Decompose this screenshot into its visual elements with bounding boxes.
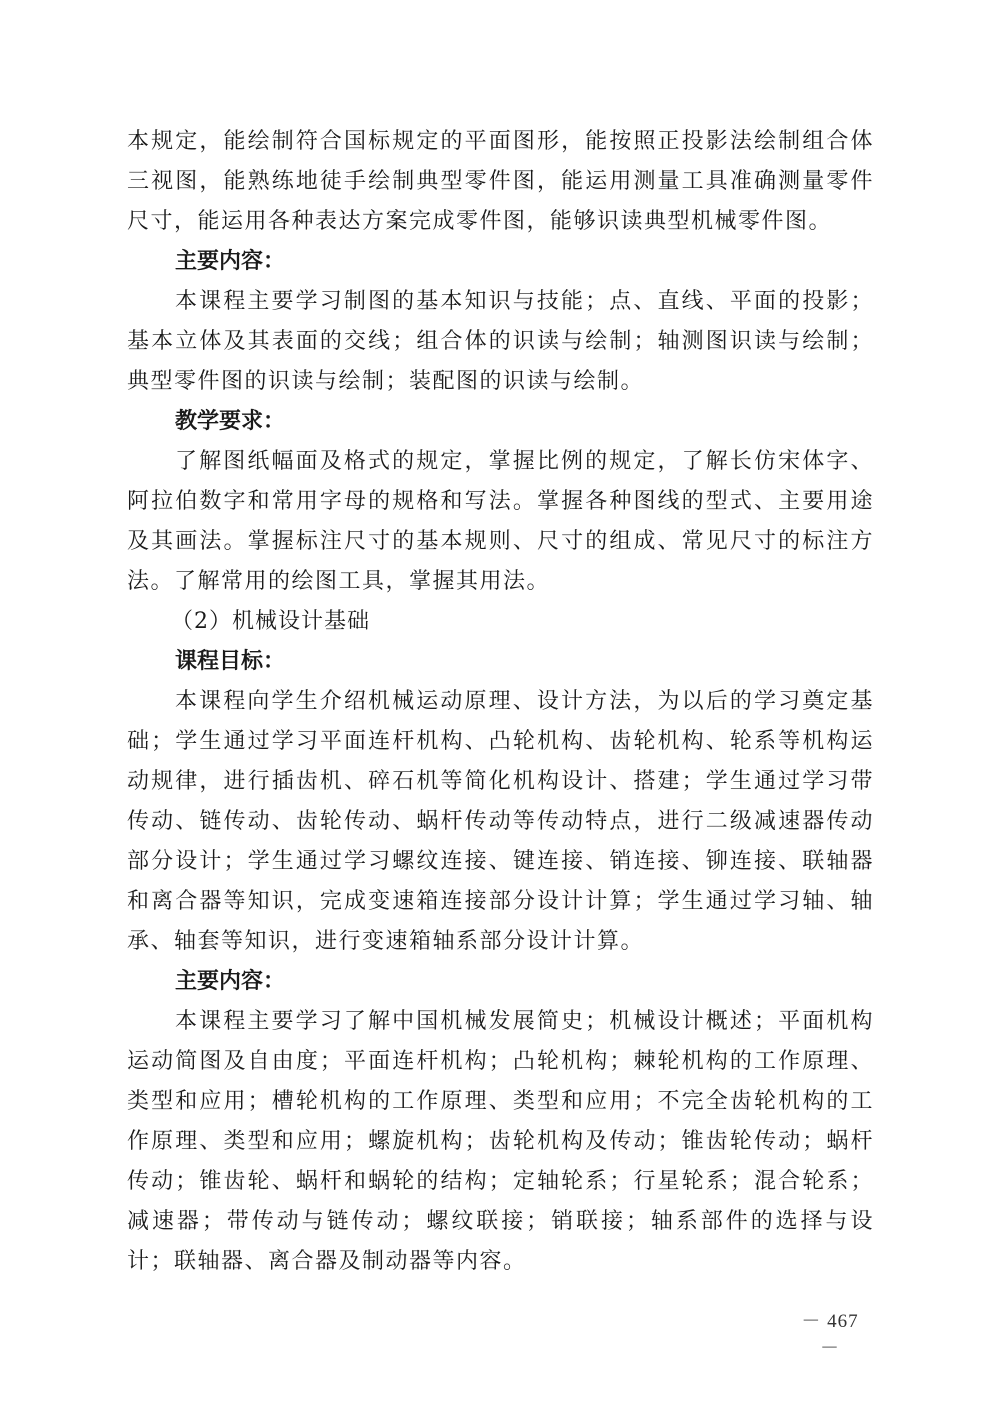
- page-body: 本规定，能绘制符合国标规定的平面图形，能按照正投影法绘制组合体三视图，能熟练地徒…: [127, 122, 874, 1282]
- heading-course-objectives: 课程目标：: [127, 642, 874, 682]
- heading-main-content-mechanical: 主要内容：: [127, 962, 874, 1002]
- paragraph-drawing-main-content: 本课程主要学习制图的基本知识与技能；点、直线、平面的投影；基本立体及其表面的交线…: [127, 282, 874, 402]
- page-number: － 467 －: [790, 1306, 870, 1360]
- subsection-title-mechanical-design: （2）机械设计基础: [127, 602, 874, 642]
- paragraph-mechanical-main-content: 本课程主要学习了解中国机械发展简史；机械设计概述；平面机构运动简图及自由度；平面…: [127, 1002, 874, 1282]
- paragraph-teaching-requirements: 了解图纸幅面及格式的规定，掌握比例的规定，了解长仿宋体字、阿拉伯数字和常用字母的…: [127, 442, 874, 602]
- heading-teaching-requirements: 教学要求：: [127, 402, 874, 442]
- heading-main-content-drawing: 主要内容：: [127, 242, 874, 282]
- paragraph-drawing-objectives-continued: 本规定，能绘制符合国标规定的平面图形，能按照正投影法绘制组合体三视图，能熟练地徒…: [127, 122, 874, 242]
- paragraph-course-objectives: 本课程向学生介绍机械运动原理、设计方法，为以后的学习奠定基础；学生通过学习平面连…: [127, 682, 874, 962]
